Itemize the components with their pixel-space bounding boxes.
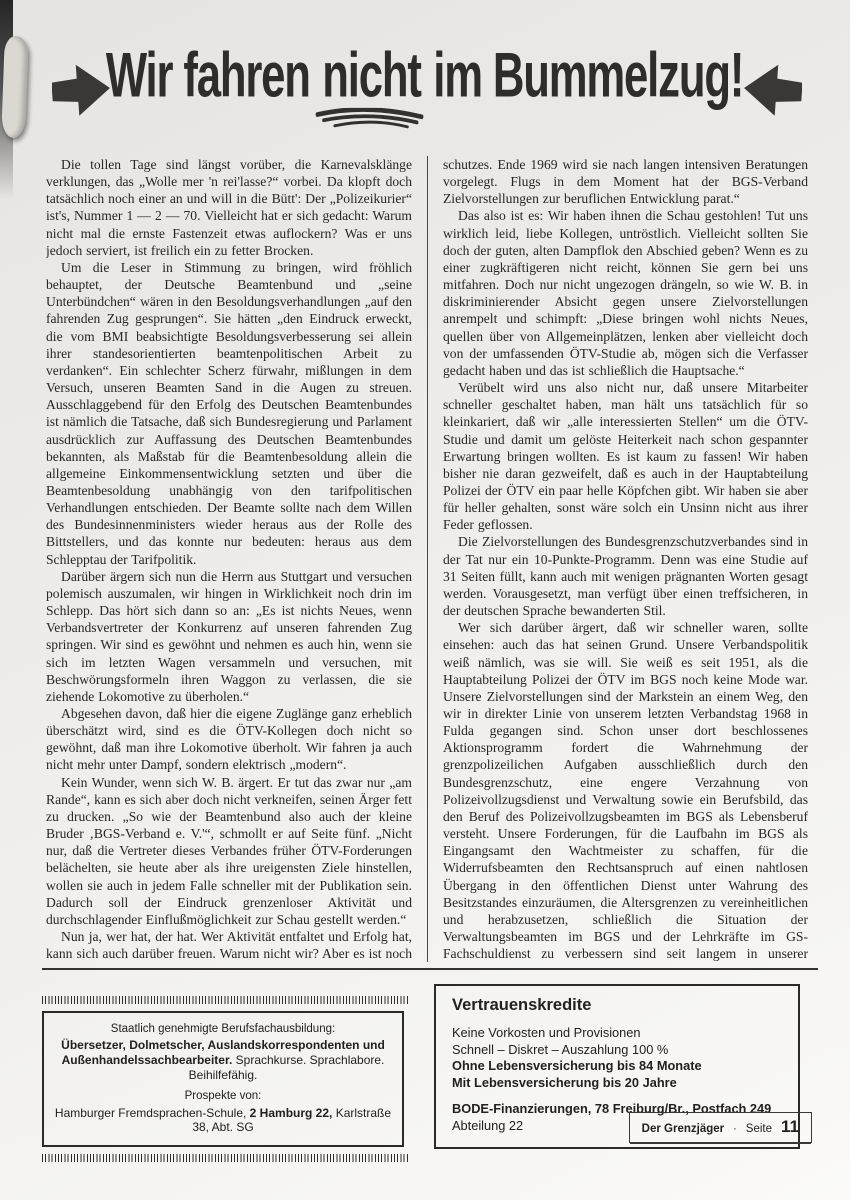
title-text-post: im Bummelzug! bbox=[434, 38, 744, 111]
article-paragraph: Nun ja, wer hat, der hat. Wer Aktivität … bbox=[46, 928, 412, 962]
magazine-name: Der Grenzjäger bbox=[642, 1123, 724, 1135]
ad-headline: Staatlich genehmigte Berufsfachausbildun… bbox=[52, 1023, 394, 1035]
ad-line: Mit Lebensversicherung bis 20 Jahre bbox=[452, 1075, 782, 1092]
article-paragraph: Kein Wunder, wenn sich W. B. ärgert. Er … bbox=[46, 774, 412, 928]
page-title: Wir fahrennicht im Bummelzug! bbox=[0, 40, 850, 105]
underline-swoosh-icon bbox=[312, 108, 429, 130]
article-paragraph: Das also ist es: Wir haben ihnen die Sch… bbox=[443, 207, 808, 379]
ad-line: Ohne Lebensversicherung bis 84 Monate bbox=[452, 1058, 782, 1075]
article-paragraph: Die Zielvorstellungen des Bundesgrenzsch… bbox=[443, 533, 808, 619]
page-word: Seite bbox=[746, 1123, 772, 1135]
article-body: Die tollen Tage sind längst vorüber, die… bbox=[46, 156, 808, 962]
page-number: 11 bbox=[781, 1117, 799, 1137]
magazine-page: Wir fahrennicht im Bummelzug! Die tollen… bbox=[0, 0, 850, 1200]
article-paragraph: schutzes. Ende 1969 wird sie nach langen… bbox=[443, 156, 808, 207]
language-school-ad: Staatlich genehmigte Berufsfachausbildun… bbox=[42, 996, 408, 1162]
ad-offer-line: Übersetzer, Dolmetscher, Auslandskorresp… bbox=[52, 1038, 394, 1083]
page-footer: Der Grenzjäger · Seite 11 bbox=[629, 1112, 812, 1143]
article-paragraph: Die tollen Tage sind längst vorüber, die… bbox=[46, 156, 412, 259]
ad-prospekte-line: Prospekte von: bbox=[52, 1090, 394, 1102]
article-paragraph: Abgesehen davon, daß hier die eigene Zug… bbox=[46, 705, 412, 774]
ad-line: Schnell – Diskret – Auszahlung 100 % bbox=[452, 1042, 782, 1059]
article-right-column: schutzes. Ende 1969 wird sie nach langen… bbox=[427, 156, 808, 962]
article-paragraph: Darüber ärgern sich nun die Herrn aus St… bbox=[46, 568, 412, 705]
hatch-divider-bottom bbox=[42, 1154, 408, 1162]
article-paragraph: Verübelt wird uns also nicht nur, daß un… bbox=[443, 379, 808, 533]
language-school-ad-box: Staatlich genehmigte Berufsfachausbildun… bbox=[42, 1011, 404, 1147]
ad-line: Keine Vorkosten und Provisionen bbox=[452, 1025, 782, 1042]
article-header: Wir fahrennicht im Bummelzug! bbox=[0, 0, 850, 148]
article-paragraph: Um die Leser in Stimmung zu bringen, wir… bbox=[46, 259, 412, 568]
section-divider bbox=[42, 968, 818, 970]
ad-address-line: Hamburger Fremdsprachen-Schule, 2 Hambur… bbox=[52, 1106, 394, 1134]
title-text-pre: Wir fahren bbox=[106, 38, 310, 111]
article-left-column: Die tollen Tage sind längst vorüber, die… bbox=[46, 156, 427, 962]
hatch-divider-top bbox=[42, 996, 408, 1004]
article-paragraph: Wer sich darüber ärgert, daß wir schnell… bbox=[443, 619, 808, 962]
footer-separator: · bbox=[733, 1123, 737, 1135]
ad-title: Vertrauenskredite bbox=[452, 996, 782, 1015]
title-text-emphasized: nicht bbox=[323, 40, 421, 111]
arrow-left-icon bbox=[744, 52, 802, 128]
